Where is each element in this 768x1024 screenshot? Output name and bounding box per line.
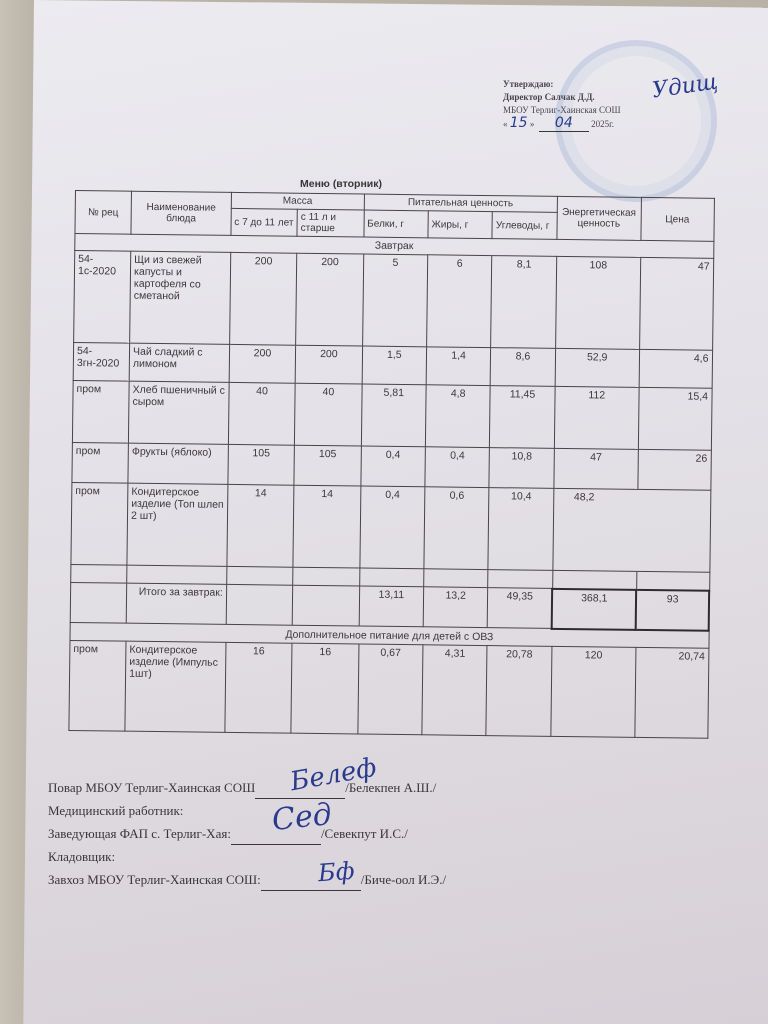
cell-fat: 4,8 [425, 385, 490, 448]
cell-mass-7-11: 16 [225, 642, 293, 733]
header-price: Цена [641, 197, 714, 241]
signature-line-cook: Повар МБОУ Терлиг-Хаинская СОШ /Белекпен… [48, 776, 446, 799]
menu-title: Меню (вторник) [300, 178, 382, 190]
cell-mass-11-plus: 14 [293, 485, 360, 568]
signatory-role: Медицинский работник: [48, 799, 183, 822]
approval-block: Утверждаю: Директор Салчак Д.Д. МБОУ Тер… [503, 78, 621, 132]
total-protein: 13,11 [359, 586, 424, 627]
cell-protein: 0,4 [359, 486, 424, 569]
cell-fat: 4,31 [422, 644, 487, 735]
cell-protein: 5 [362, 254, 427, 347]
signature-block: Повар МБОУ Терлиг-Хаинская СОШ /Белекпен… [48, 776, 446, 891]
cell-name: Чай сладкий с лимоном [129, 343, 229, 382]
cell-protein: 0,67 [357, 643, 422, 734]
approval-date: « 15 » 04 2025г. [503, 117, 621, 132]
cell-fat: 0,6 [424, 487, 489, 570]
cell-rec [70, 582, 127, 623]
cell-rec: пром [69, 640, 126, 731]
cell-mass-7-11: 14 [227, 484, 294, 567]
header-mass-11-plus: с 11 л и старше [297, 209, 364, 237]
cell-rec: 54-3гн-2020 [73, 342, 130, 381]
signature-line-medic: Медицинский работник: [48, 799, 446, 822]
cell-fat: 6 [427, 255, 492, 348]
table-row: 54-1с-2020 Щи из свежей капусты и картоф… [74, 251, 714, 351]
signature-line-zavhoz: Завхоз МБОУ Терлиг-Хаинская СОШ: /Биче-о… [48, 868, 446, 891]
cell-mass-11-plus: 200 [295, 345, 362, 384]
total-carbs: 49,35 [487, 588, 552, 629]
cell-mass-11-plus: 16 [291, 643, 359, 734]
cell-energy: 48,2 [553, 488, 711, 572]
header-energy: Энергетическая ценность [557, 196, 642, 240]
signatory-name: /Биче-оол И.Э./ [361, 868, 446, 891]
cell-energy: 47 [554, 448, 639, 489]
cell-mass-11-plus [292, 585, 359, 626]
table-row: пром Кондитерское изделие (Топ шлеп 2 шт… [71, 482, 710, 572]
header-rec: № рец [75, 191, 132, 235]
total-energy: 368,1 [552, 588, 637, 629]
header-carbs: Углеводы, г [492, 212, 557, 240]
cell-mass-11-plus: 40 [295, 383, 362, 446]
header-protein: Белки, г [364, 210, 429, 238]
signatory-role: Кладовщик: [48, 845, 115, 868]
table-row: пром Хлеб пшеничный с сыром 40 40 5,81 4… [72, 380, 711, 450]
cell-protein: 0,4 [360, 446, 425, 487]
cell-carbs: 10,8 [489, 448, 554, 489]
cell-name: Щи из свежей капусты и картофеля со смет… [130, 251, 231, 344]
cell-carbs: 20,78 [486, 645, 551, 736]
cell-energy: 120 [551, 646, 636, 737]
approval-date-month-field: 04 [539, 117, 589, 132]
menu-table: № рец Наименование блюда Масса Питательн… [68, 190, 715, 738]
signature-line-fap: Заведующая ФАП с. Терлиг-Хая: /Севекпут … [48, 822, 446, 845]
cell-name: Хлеб пшеничный с сыром [128, 381, 228, 444]
cell-energy: 108 [555, 256, 640, 349]
header-fat: Жиры, г [428, 211, 493, 239]
cell-mass-7-11: 40 [228, 382, 295, 445]
cell-name: Кондитерское изделие (Импульс 1шт) [125, 641, 226, 732]
approval-date-year: 2025г. [591, 119, 614, 129]
signatory-role: Заведующая ФАП с. Терлиг-Хая: [48, 822, 231, 845]
signature-line-storekeeper: Кладовщик: [48, 845, 446, 868]
signatory-name: /Севекпут И.С./ [321, 822, 408, 845]
total-fat: 13,2 [423, 587, 488, 628]
cell-energy: 112 [554, 386, 639, 449]
header-mass-7-11: с 7 до 11 лет [231, 208, 298, 236]
cell-rec: 54-1с-2020 [74, 251, 131, 344]
signatory-role: Повар МБОУ Терлиг-Хаинская СОШ [48, 776, 255, 799]
approval-director: Директор Салчак Д.Д. [503, 91, 621, 104]
signatory-role: Завхоз МБОУ Терлиг-Хаинская СОШ: [48, 868, 261, 891]
cell-rec: пром [71, 482, 128, 565]
cell-mass-7-11: 105 [228, 444, 295, 485]
cell-name: Фрукты (яблоко) [128, 443, 228, 484]
cell-mass-7-11 [226, 584, 293, 625]
cell-mass-7-11: 200 [229, 252, 297, 345]
cell-price: 47 [639, 257, 713, 350]
cell-price: 26 [638, 449, 711, 490]
cell-carbs: 10,4 [488, 488, 553, 571]
table-row: пром Кондитерское изделие (Импульс 1шт) … [69, 640, 709, 738]
cell-protein: 5,81 [361, 384, 426, 447]
cell-mass-7-11: 200 [229, 344, 296, 383]
cell-name: Кондитерское изделие (Топ шлеп 2 шт) [127, 483, 228, 566]
header-name: Наименование блюда [131, 191, 231, 235]
cell-energy: 52,9 [555, 348, 640, 387]
zavhoz-signature: Бф [317, 857, 355, 887]
cell-carbs: 11,45 [490, 386, 555, 449]
cell-rec: пром [72, 380, 129, 443]
cell-carbs: 8,1 [491, 256, 556, 349]
approval-date-day: 15 [510, 115, 528, 131]
cell-fat: 1,4 [426, 347, 491, 386]
total-label: Итого за завтрак: [126, 583, 226, 624]
cell-price: 4,6 [639, 349, 712, 388]
header-mass: Масса [231, 192, 364, 210]
cell-protein: 1,5 [362, 346, 427, 385]
cell-mass-11-plus: 105 [294, 445, 361, 486]
cell-carbs: 8,6 [490, 348, 555, 387]
approval-label: Утверждаю: [503, 78, 621, 91]
cell-price: 20,74 [635, 647, 709, 738]
fap-signature: Сед [270, 797, 333, 838]
cell-fat: 0,4 [425, 447, 490, 488]
cell-rec: пром [72, 442, 129, 483]
total-price: 93 [636, 589, 709, 630]
cell-mass-11-plus: 200 [296, 253, 364, 346]
approval-date-month: 04 [555, 115, 573, 131]
cell-price: 15,4 [638, 387, 711, 450]
